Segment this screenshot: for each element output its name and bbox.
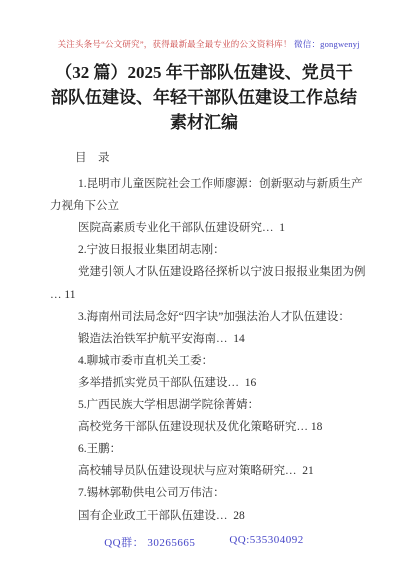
table-of-contents: 目 录 1.昆明市儿童医院社会工作师廖源：创新驱动与新质生产力视角下公立医院高素… (50, 147, 370, 527)
document-title-line: 部队伍建设、年轻干部队伍建设工作总结 (28, 85, 380, 110)
promo-notice: 关注头条号“公文研究”，获得最新最全最专业的公文资料库！ 微信：gongweny… (0, 28, 408, 60)
toc-line: 3.海南州司法局念好“四字诀”加强法治人才队伍建设： (50, 306, 370, 328)
toc-lines: 1.昆明市儿童医院社会工作师廖源：创新驱动与新质生产力视角下公立医院高素质专业化… (50, 173, 370, 527)
qq-group-text: QQ群： 30265665 (104, 534, 195, 550)
toc-line: 多举措抓实党员干部队伍建设… 16 (50, 372, 370, 394)
document-title-line: （32 篇）2025 年干部队伍建设、党员干 (28, 60, 380, 85)
toc-line: 5.广西民族大学相思湖学院徐菁婧： (50, 394, 370, 416)
toc-line: 6.王鹏： (50, 438, 370, 460)
toc-line: 锻造法治铁军护航平安海南… 14 (50, 328, 370, 350)
toc-line: 高校党务干部队伍建设现状及优化策略研究… 18 (50, 416, 370, 438)
wechat-contact-text: 微信：gongwenyj (294, 39, 360, 49)
toc-line: 力视角下公立 (50, 195, 370, 217)
toc-line: 7.锡林郭勒供电公司万伟洁： (50, 482, 370, 504)
document-title-line: 素材汇编 (28, 110, 380, 135)
promo-notice-text: 关注头条号“公文研究”，获得最新最全最专业的公文资料库！ (58, 39, 294, 49)
toc-line: 党建引领人才队伍建设路径探析以宁波日报报业集团为例 (50, 261, 370, 283)
qq-number-text: QQ:535304092 (229, 534, 303, 550)
toc-line: 1.昆明市儿童医院社会工作师廖源：创新驱动与新质生产 (50, 173, 370, 195)
toc-line: 2.宁波日报报业集团胡志刚： (50, 239, 370, 261)
contact-footer: QQ群： 30265665 QQ:535304092 (0, 534, 408, 550)
toc-line: 医院高素质专业化干部队伍建设研究… 1 (50, 217, 370, 239)
document-page: 关注头条号“公文研究”，获得最新最全最专业的公文资料库！ 微信：gongweny… (0, 0, 408, 580)
toc-line: 4.聊城市委市直机关工委： (50, 350, 370, 372)
toc-line: 国有企业政工干部队伍建设… 28 (50, 505, 370, 527)
toc-line: … 11 (50, 284, 370, 306)
toc-heading: 目 录 (50, 147, 370, 169)
toc-line: 高校辅导员队伍建设现状与应对策略研究… 21 (50, 460, 370, 482)
document-title: （32 篇）2025 年干部队伍建设、党员干 部队伍建设、年轻干部队伍建设工作总… (28, 60, 380, 135)
